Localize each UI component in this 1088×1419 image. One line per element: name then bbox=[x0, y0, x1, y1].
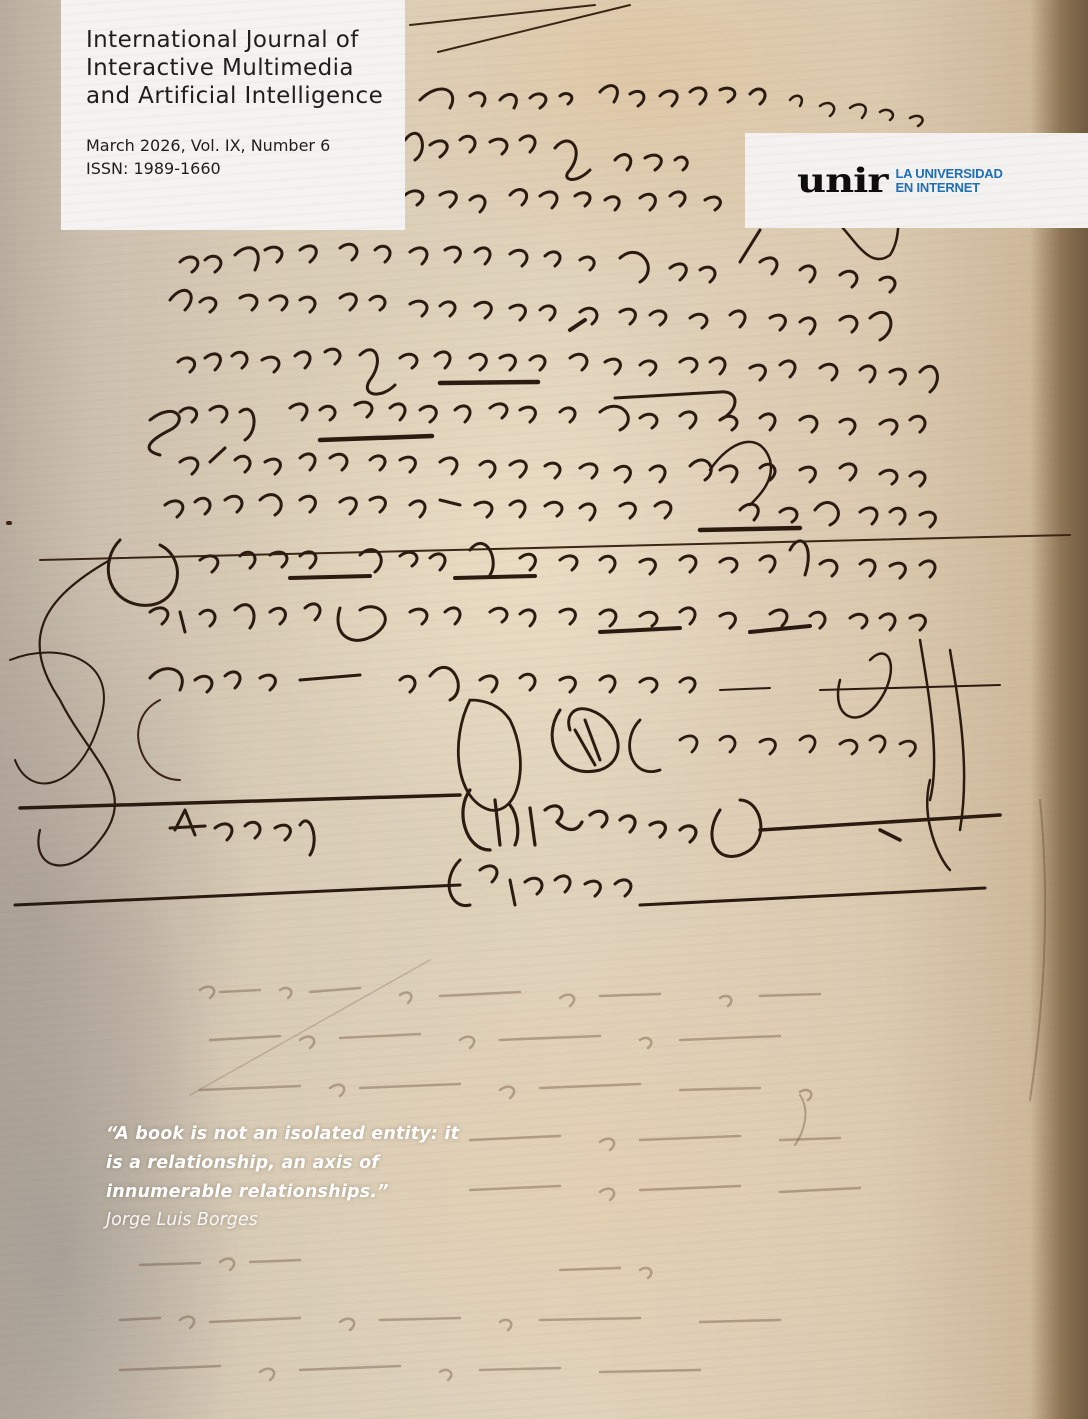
issue-info: March 2026, Vol. IX, Number 6 ISSN: 1989… bbox=[86, 134, 405, 180]
journal-title-line-1: International Journal of bbox=[86, 26, 405, 54]
quote-line-3: innumerable relationships.” bbox=[106, 1178, 466, 1207]
unir-logo-wordmark: unir bbox=[797, 164, 887, 198]
issn: ISSN: 1989-1660 bbox=[86, 157, 405, 180]
quote-line-1: “A book is not an isolated entity: it bbox=[106, 1120, 466, 1149]
unir-tagline-line-1: LA UNIVERSIDAD bbox=[895, 167, 1002, 181]
publisher-logo-panel: unir LA UNIVERSIDAD EN INTERNET bbox=[745, 133, 1088, 228]
journal-cover: International Journal of Interactive Mul… bbox=[0, 0, 1088, 1419]
quote-text: “A book is not an isolated entity: it is… bbox=[106, 1120, 466, 1207]
journal-title: International Journal of Interactive Mul… bbox=[86, 26, 405, 110]
quote-line-2: is a relationship, an axis of bbox=[106, 1149, 466, 1178]
quote-author: Jorge Luis Borges bbox=[106, 1207, 466, 1233]
unir-tagline-line-2: EN INTERNET bbox=[895, 181, 1002, 195]
journal-title-line-2: Interactive Multimedia bbox=[86, 54, 405, 82]
journal-title-line-3: and Artificial Intelligence bbox=[86, 82, 405, 110]
unir-logo-tagline: LA UNIVERSIDAD EN INTERNET bbox=[895, 167, 1002, 195]
issue-date-volume-number: March 2026, Vol. IX, Number 6 bbox=[86, 134, 405, 157]
journal-title-panel: International Journal of Interactive Mul… bbox=[61, 0, 405, 230]
epigraph-quote: “A book is not an isolated entity: it is… bbox=[106, 1120, 466, 1233]
